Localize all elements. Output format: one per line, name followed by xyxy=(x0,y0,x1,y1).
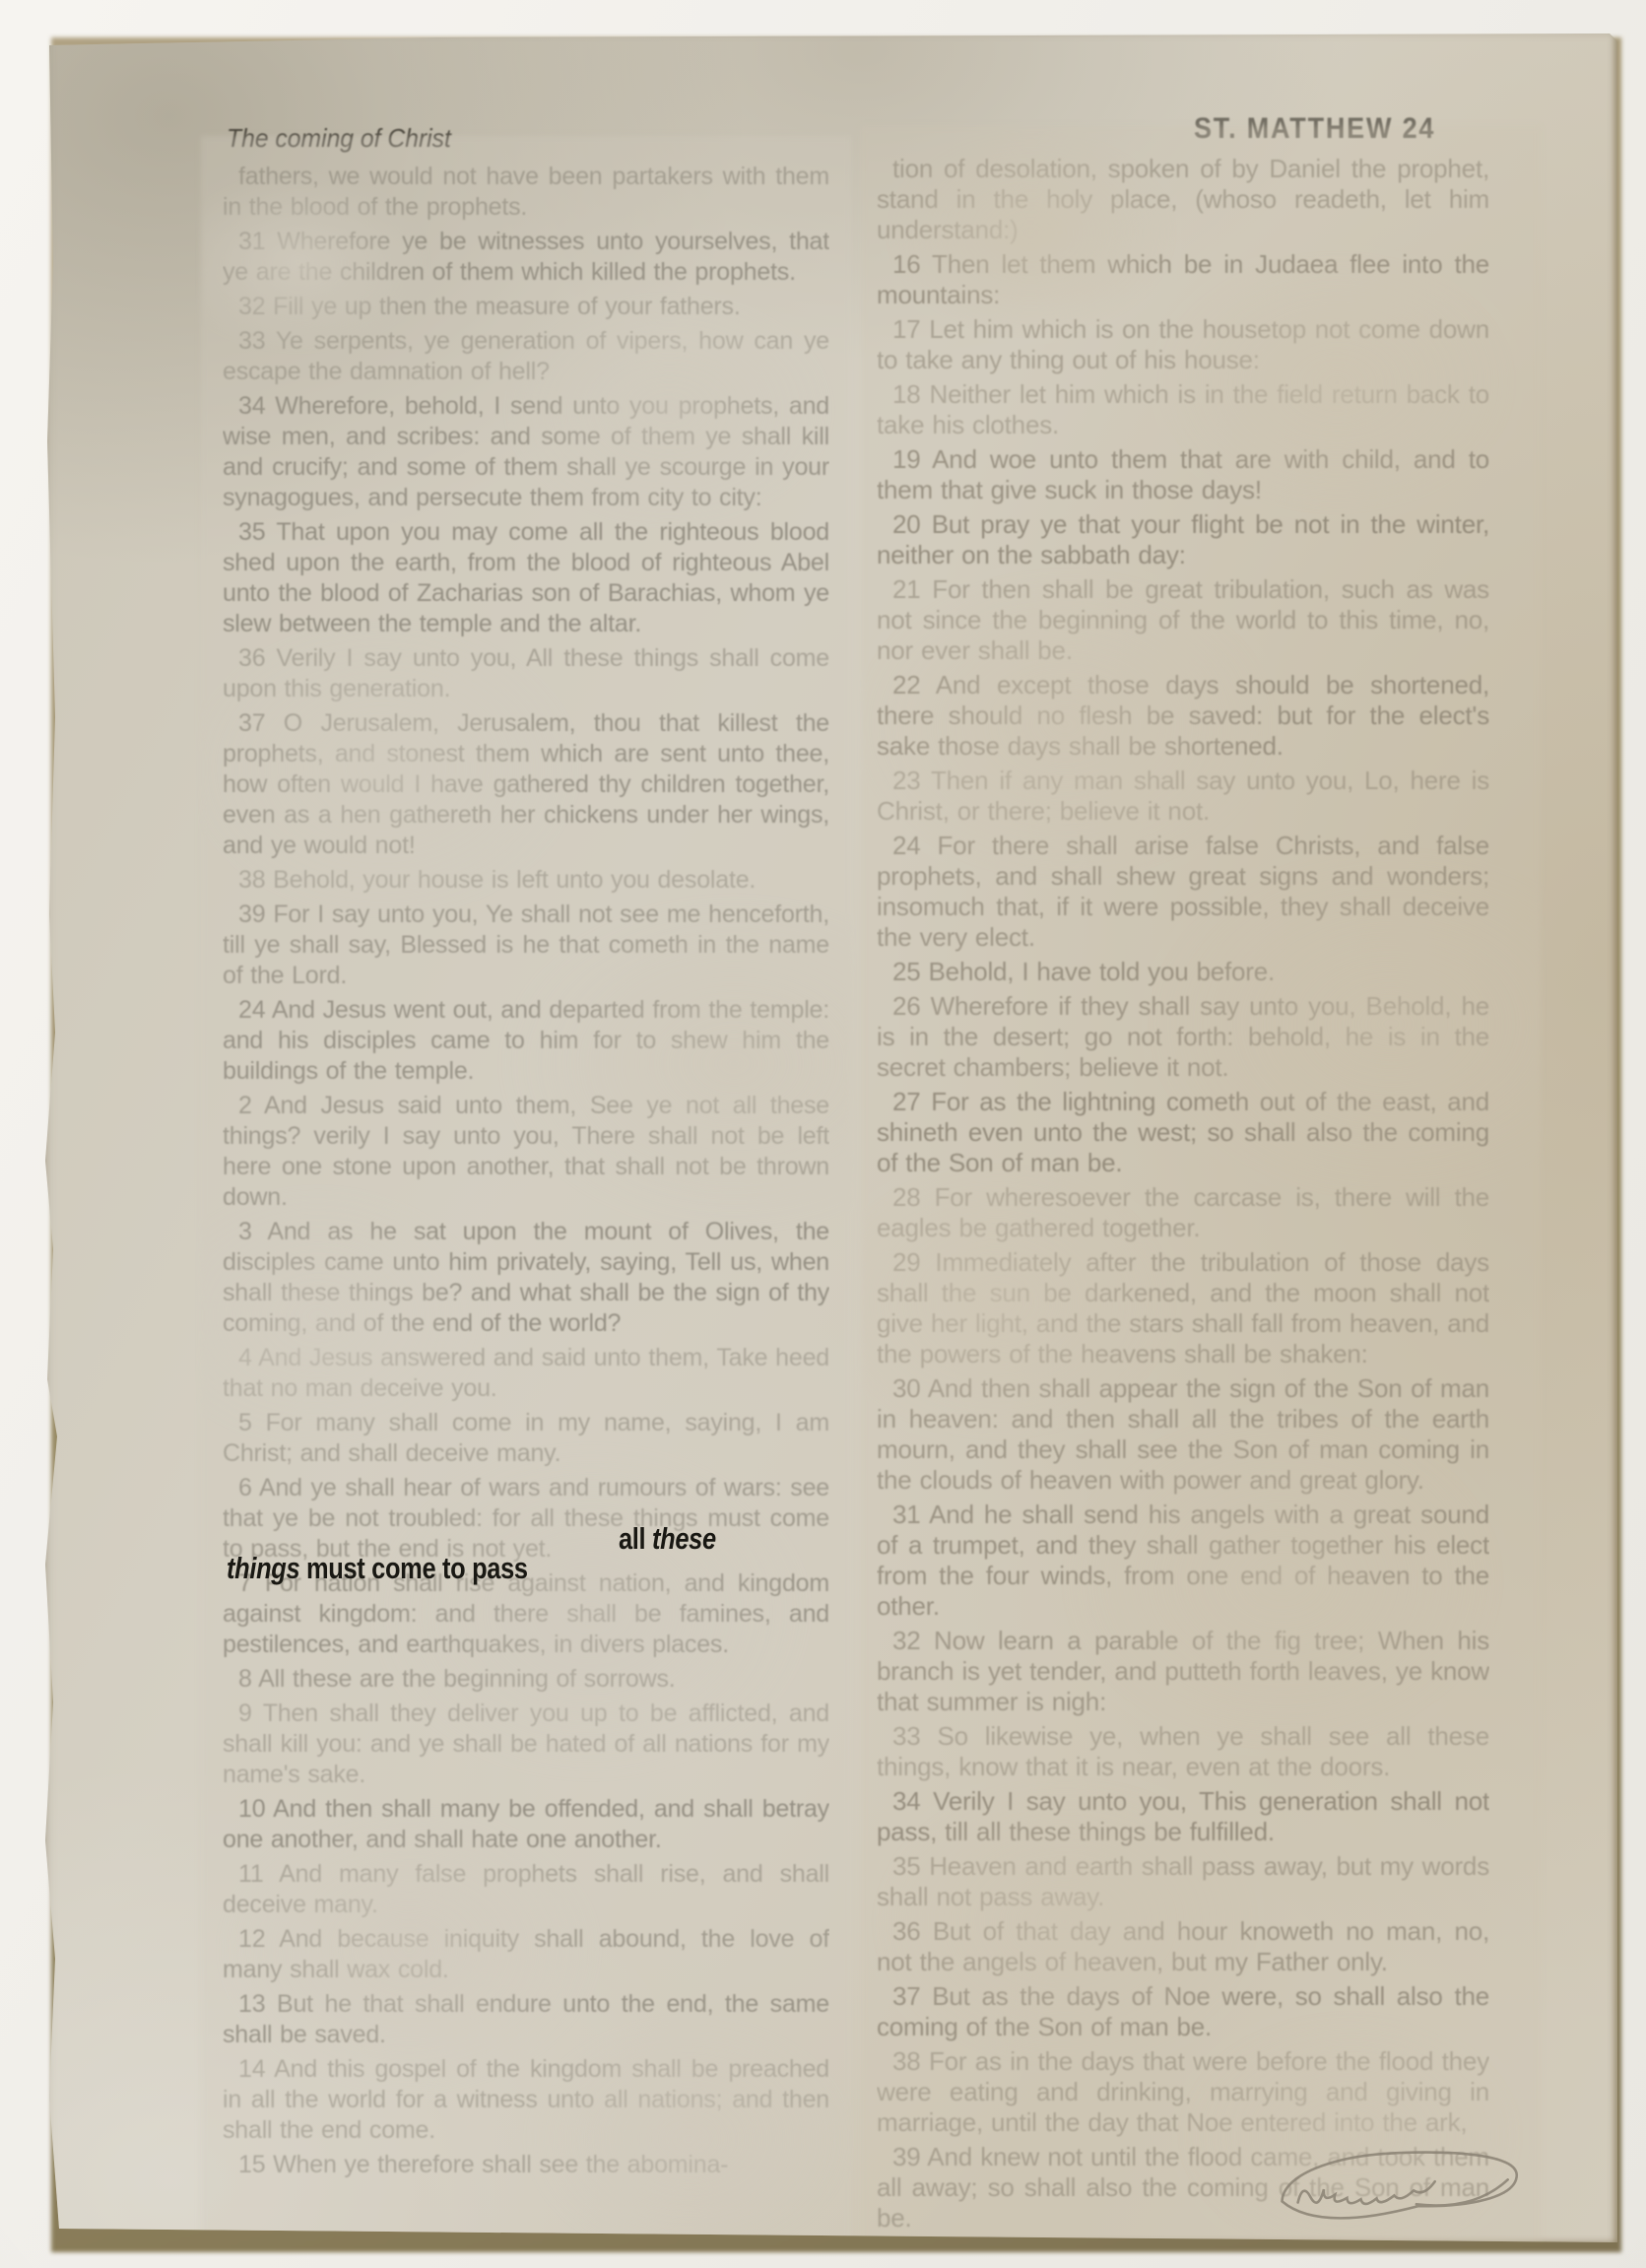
faded-verse-paragraph: 5 For many shall come in my name, saying… xyxy=(223,1408,829,1469)
faded-verse-paragraph: 13 But he that shall endure unto the end… xyxy=(223,1989,829,2050)
faded-verse-paragraph: 37 But as the days of Noe were, so shall… xyxy=(877,1981,1489,2042)
faded-verse-paragraph: 20 But pray ye that your flight be not i… xyxy=(877,509,1489,570)
faded-verse-paragraph: 35 That upon you may come all the righte… xyxy=(223,517,829,639)
faded-verse-paragraph: 38 Behold, your house is left unto you d… xyxy=(223,865,829,896)
faded-verse-paragraph: 8 All these are the beginning of sorrows… xyxy=(223,1664,829,1695)
faded-verse-paragraph: fathers, we would not have been partaker… xyxy=(223,162,829,223)
faded-verse-paragraph: 4 And Jesus answered and said unto them,… xyxy=(223,1343,829,1404)
faded-verse-paragraph: 25 Behold, I have told you before. xyxy=(877,957,1489,987)
faded-verse-paragraph: 31 Wherefore ye be witnesses unto yourse… xyxy=(223,227,829,288)
faded-verse-paragraph: 33 Ye serpents, ye generation of vipers,… xyxy=(223,326,829,387)
faded-verse-paragraph: 10 And then shall many be offended, and … xyxy=(223,1794,829,1855)
faded-verse-paragraph: 24 For there shall arise false Christs, … xyxy=(877,831,1489,953)
faded-verse-paragraph: 11 And many false prophets shall rise, a… xyxy=(223,1859,829,1920)
faded-verse-paragraph: 2 And Jesus said unto them, See ye not a… xyxy=(223,1091,829,1213)
faded-verse-paragraph: 3 And as he sat upon the mount of Olives… xyxy=(223,1217,829,1339)
faded-verse-paragraph: 9 Then shall they deliver you up to be a… xyxy=(223,1699,829,1790)
faded-verse-paragraph: 31 And he shall send his angels with a g… xyxy=(877,1500,1489,1622)
photo-backdrop: The coming of Christ ST. MATTHEW 24 fath… xyxy=(0,0,1646,2268)
faded-verse-paragraph: 29 Immediately after the tribulation of … xyxy=(877,1247,1489,1369)
emphasis-word-things: things xyxy=(227,1551,299,1585)
faded-verse-paragraph: 12 And because iniquity shall abound, th… xyxy=(223,1924,829,1985)
faded-verse-paragraph: 32 Fill ye up then the measure of your f… xyxy=(223,292,829,322)
faded-verse-paragraph: 38 For as in the days that were before t… xyxy=(877,2046,1489,2138)
emphasis-line-1: all these xyxy=(619,1523,716,1554)
emphasis-word-these: these xyxy=(652,1521,716,1556)
faded-verse-paragraph: 22 And except those days should be short… xyxy=(877,670,1489,762)
faded-verse-paragraph: 19 And woe unto them that are with child… xyxy=(877,444,1489,505)
faded-verse-paragraph: 23 Then if any man shall say unto you, L… xyxy=(877,766,1489,827)
faded-verse-paragraph: tion of desolation, spoken of by Daniel … xyxy=(877,154,1489,245)
paper-sheet: The coming of Christ ST. MATTHEW 24 fath… xyxy=(43,28,1617,2246)
faded-verse-paragraph: 21 For then shall be great tribulation, … xyxy=(877,574,1489,666)
scribble-handwriting xyxy=(1297,2177,1509,2213)
faded-verse-paragraph: 16 Then let them which be in Judaea flee… xyxy=(877,249,1489,310)
emphasis-line-2: things must come to pass xyxy=(227,1553,528,1583)
faded-verse-paragraph: 26 Wherefore if they shall say unto you,… xyxy=(877,991,1489,1083)
faded-verse-paragraph: 34 Wherefore, behold, I send unto you pr… xyxy=(223,391,829,513)
scribble-oval-outline xyxy=(1280,2147,1518,2222)
faded-verse-paragraph: 18 Neither let him which is in the field… xyxy=(877,379,1489,440)
faded-verse-paragraph: 35 Heaven and earth shall pass away, but… xyxy=(877,1851,1489,1912)
right-text-column: tion of desolation, spoken of by Daniel … xyxy=(877,154,1489,2233)
faded-verse-paragraph: 34 Verily I say unto you, This generatio… xyxy=(877,1786,1489,1847)
faded-verse-paragraph: 17 Let him which is on the housetop not … xyxy=(877,314,1489,375)
faded-verse-paragraph: 39 For I say unto you, Ye shall not see … xyxy=(223,900,829,991)
left-text-column: fathers, we would not have been partaker… xyxy=(223,162,829,2221)
faded-verse-paragraph: 14 And this gospel of the kingdom shall … xyxy=(223,2054,829,2146)
faded-verse-paragraph: 36 Verily I say unto you, All these thin… xyxy=(223,643,829,704)
faded-verse-paragraph: 37 O Jerusalem, Jerusalem, thou that kil… xyxy=(223,708,829,861)
emphasis-rest: must come to pass xyxy=(299,1551,527,1585)
faded-verse-paragraph: 28 For wheresoever the carcase is, there… xyxy=(877,1182,1489,1243)
faded-verse-paragraph: 27 For as the lightning cometh out of th… xyxy=(877,1087,1489,1178)
faded-verse-paragraph: 32 Now learn a parable of the fig tree; … xyxy=(877,1626,1489,1717)
faded-verse-paragraph: 30 And then shall appear the sign of the… xyxy=(877,1373,1489,1496)
running-head-left: The coming of Christ xyxy=(227,123,451,154)
faded-verse-paragraph: 36 But of that day and hour knoweth no m… xyxy=(877,1916,1489,1977)
faded-verse-paragraph: 24 And Jesus went out, and departed from… xyxy=(223,995,829,1087)
faded-verse-paragraph: 15 When ye therefore shall see the abomi… xyxy=(223,2150,829,2180)
running-head-right: ST. MATTHEW 24 xyxy=(1194,112,1435,146)
emphasis-word-all: all xyxy=(619,1521,652,1556)
faded-verse-paragraph: 33 So likewise ye, when ye shall see all… xyxy=(877,1721,1489,1782)
pencil-scribble-oval xyxy=(1268,2142,1536,2235)
